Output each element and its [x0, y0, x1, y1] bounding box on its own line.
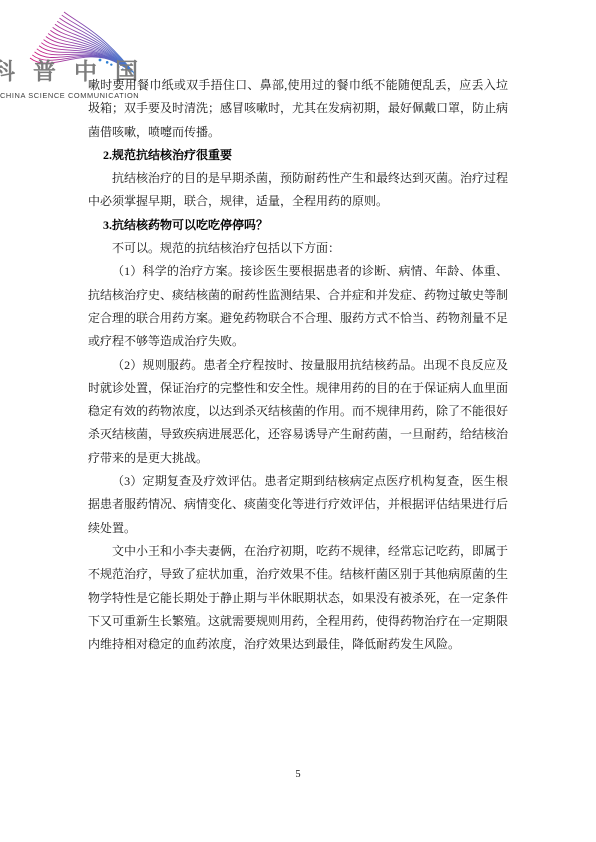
paragraph: 嗽时要用餐巾纸或双手捂住口、鼻部,使用过的餐巾纸不能随便乱丢，应丢入垃圾箱；双手…: [88, 74, 508, 144]
paragraph: 文中小王和小李夫妻俩，在治疗初期，吃药不规律，经常忘记吃药，即属于不规范治疗，导…: [88, 540, 508, 656]
paragraph: （1）科学的治疗方案。接诊医生要根据患者的诊断、病情、年龄、体重、抗结核治疗史、…: [88, 260, 508, 353]
paragraph: 不可以。规范的抗结核治疗包括以下方面：: [88, 237, 508, 260]
section-heading: 2.规范抗结核治疗很重要: [88, 144, 508, 167]
section-heading: 3.抗结核药物可以吃吃停停吗？: [88, 214, 508, 237]
paragraph: （3）定期复查及疗效评估。患者定期到结核病定点医疗机构复查，医生根据患者服药情况…: [88, 470, 508, 540]
document-body: 嗽时要用餐巾纸或双手捂住口、鼻部,使用过的餐巾纸不能随便乱丢，应丢入垃圾箱；双手…: [88, 74, 508, 656]
paragraph: （2）规则服药。患者全疗程按时、按量服用抗结核药品。出现不良反应及时就诊处置，保…: [88, 354, 508, 470]
page-number: 5: [0, 769, 596, 780]
paragraph: 抗结核治疗的目的是早期杀菌，预防耐药性产生和最终达到灭菌。治疗过程中必须掌握早期…: [88, 167, 508, 214]
document-page: 科普中国 CHINA SCIENCE COMMUNICATION 嗽时要用餐巾纸…: [0, 0, 596, 842]
